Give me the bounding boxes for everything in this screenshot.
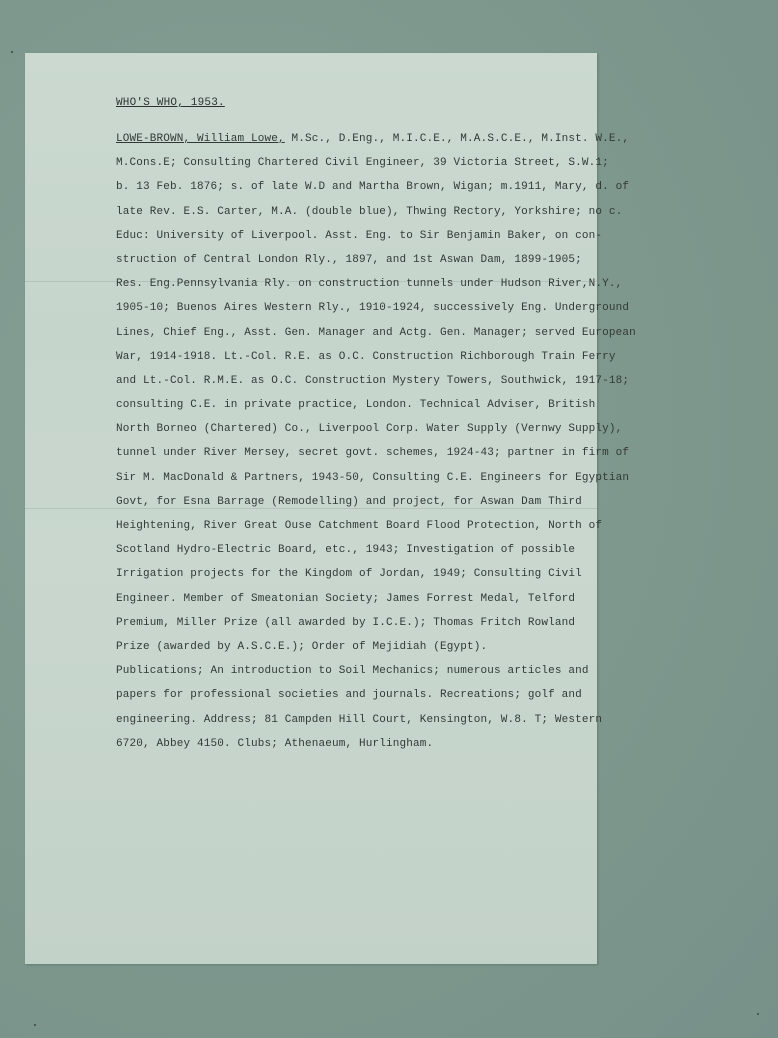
text-line: 6720, Abbey 4150. Clubs; Athenaeum, Hurl… [116,732,596,756]
text-line: M.Cons.E; Consulting Chartered Civil Eng… [116,151,596,175]
dust-speck [34,1024,36,1026]
text-line: Sir M. MacDonald & Partners, 1943-50, Co… [116,466,596,490]
text-line: Scotland Hydro-Electric Board, etc., 194… [116,538,596,562]
text-line: Publications; An introduction to Soil Me… [116,659,596,683]
text-line: Lines, Chief Eng., Asst. Gen. Manager an… [116,321,596,345]
text-line: LOWE-BROWN, William Lowe, M.Sc., D.Eng.,… [116,127,596,151]
text-line: Govt, for Esna Barrage (Remodelling) and… [116,490,596,514]
text-line: Premium, Miller Prize (all awarded by I.… [116,611,596,635]
dust-speck [11,51,13,53]
text-line: Engineer. Member of Smeatonian Society; … [116,587,596,611]
text-line: b. 13 Feb. 1876; s. of late W.D and Mart… [116,175,596,199]
text-line: Irrigation projects for the Kingdom of J… [116,562,596,586]
typed-document-page: WHO'S WHO, 1953. LOWE-BROWN, William Low… [25,53,597,964]
text-line: Heightening, River Great Ouse Catchment … [116,514,596,538]
entry-name: LOWE-BROWN, William Lowe, [116,133,285,145]
biography-entry: LOWE-BROWN, William Lowe, M.Sc., D.Eng.,… [116,127,596,756]
text-line: 1905-10; Buenos Aires Western Rly., 1910… [116,296,596,320]
document-heading: WHO'S WHO, 1953. [116,97,225,109]
text-line: Res. Eng.Pennsylvania Rly. on constructi… [116,272,596,296]
dust-speck [757,1013,759,1015]
text-line: Prize (awarded by A.S.C.E.); Order of Me… [116,635,596,659]
text-line: engineering. Address; 81 Campden Hill Co… [116,708,596,732]
text-line: struction of Central London Rly., 1897, … [116,248,596,272]
text-line: Educ: University of Liverpool. Asst. Eng… [116,224,596,248]
text-line: papers for professional societies and jo… [116,683,596,707]
text-line: late Rev. E.S. Carter, M.A. (double blue… [116,200,596,224]
text-line: War, 1914-1918. Lt.-Col. R.E. as O.C. Co… [116,345,596,369]
text-line: tunnel under River Mersey, secret govt. … [116,441,596,465]
text-line: and Lt.-Col. R.M.E. as O.C. Construction… [116,369,596,393]
text-line: consulting C.E. in private practice, Lon… [116,393,596,417]
text-line: North Borneo (Chartered) Co., Liverpool … [116,417,596,441]
